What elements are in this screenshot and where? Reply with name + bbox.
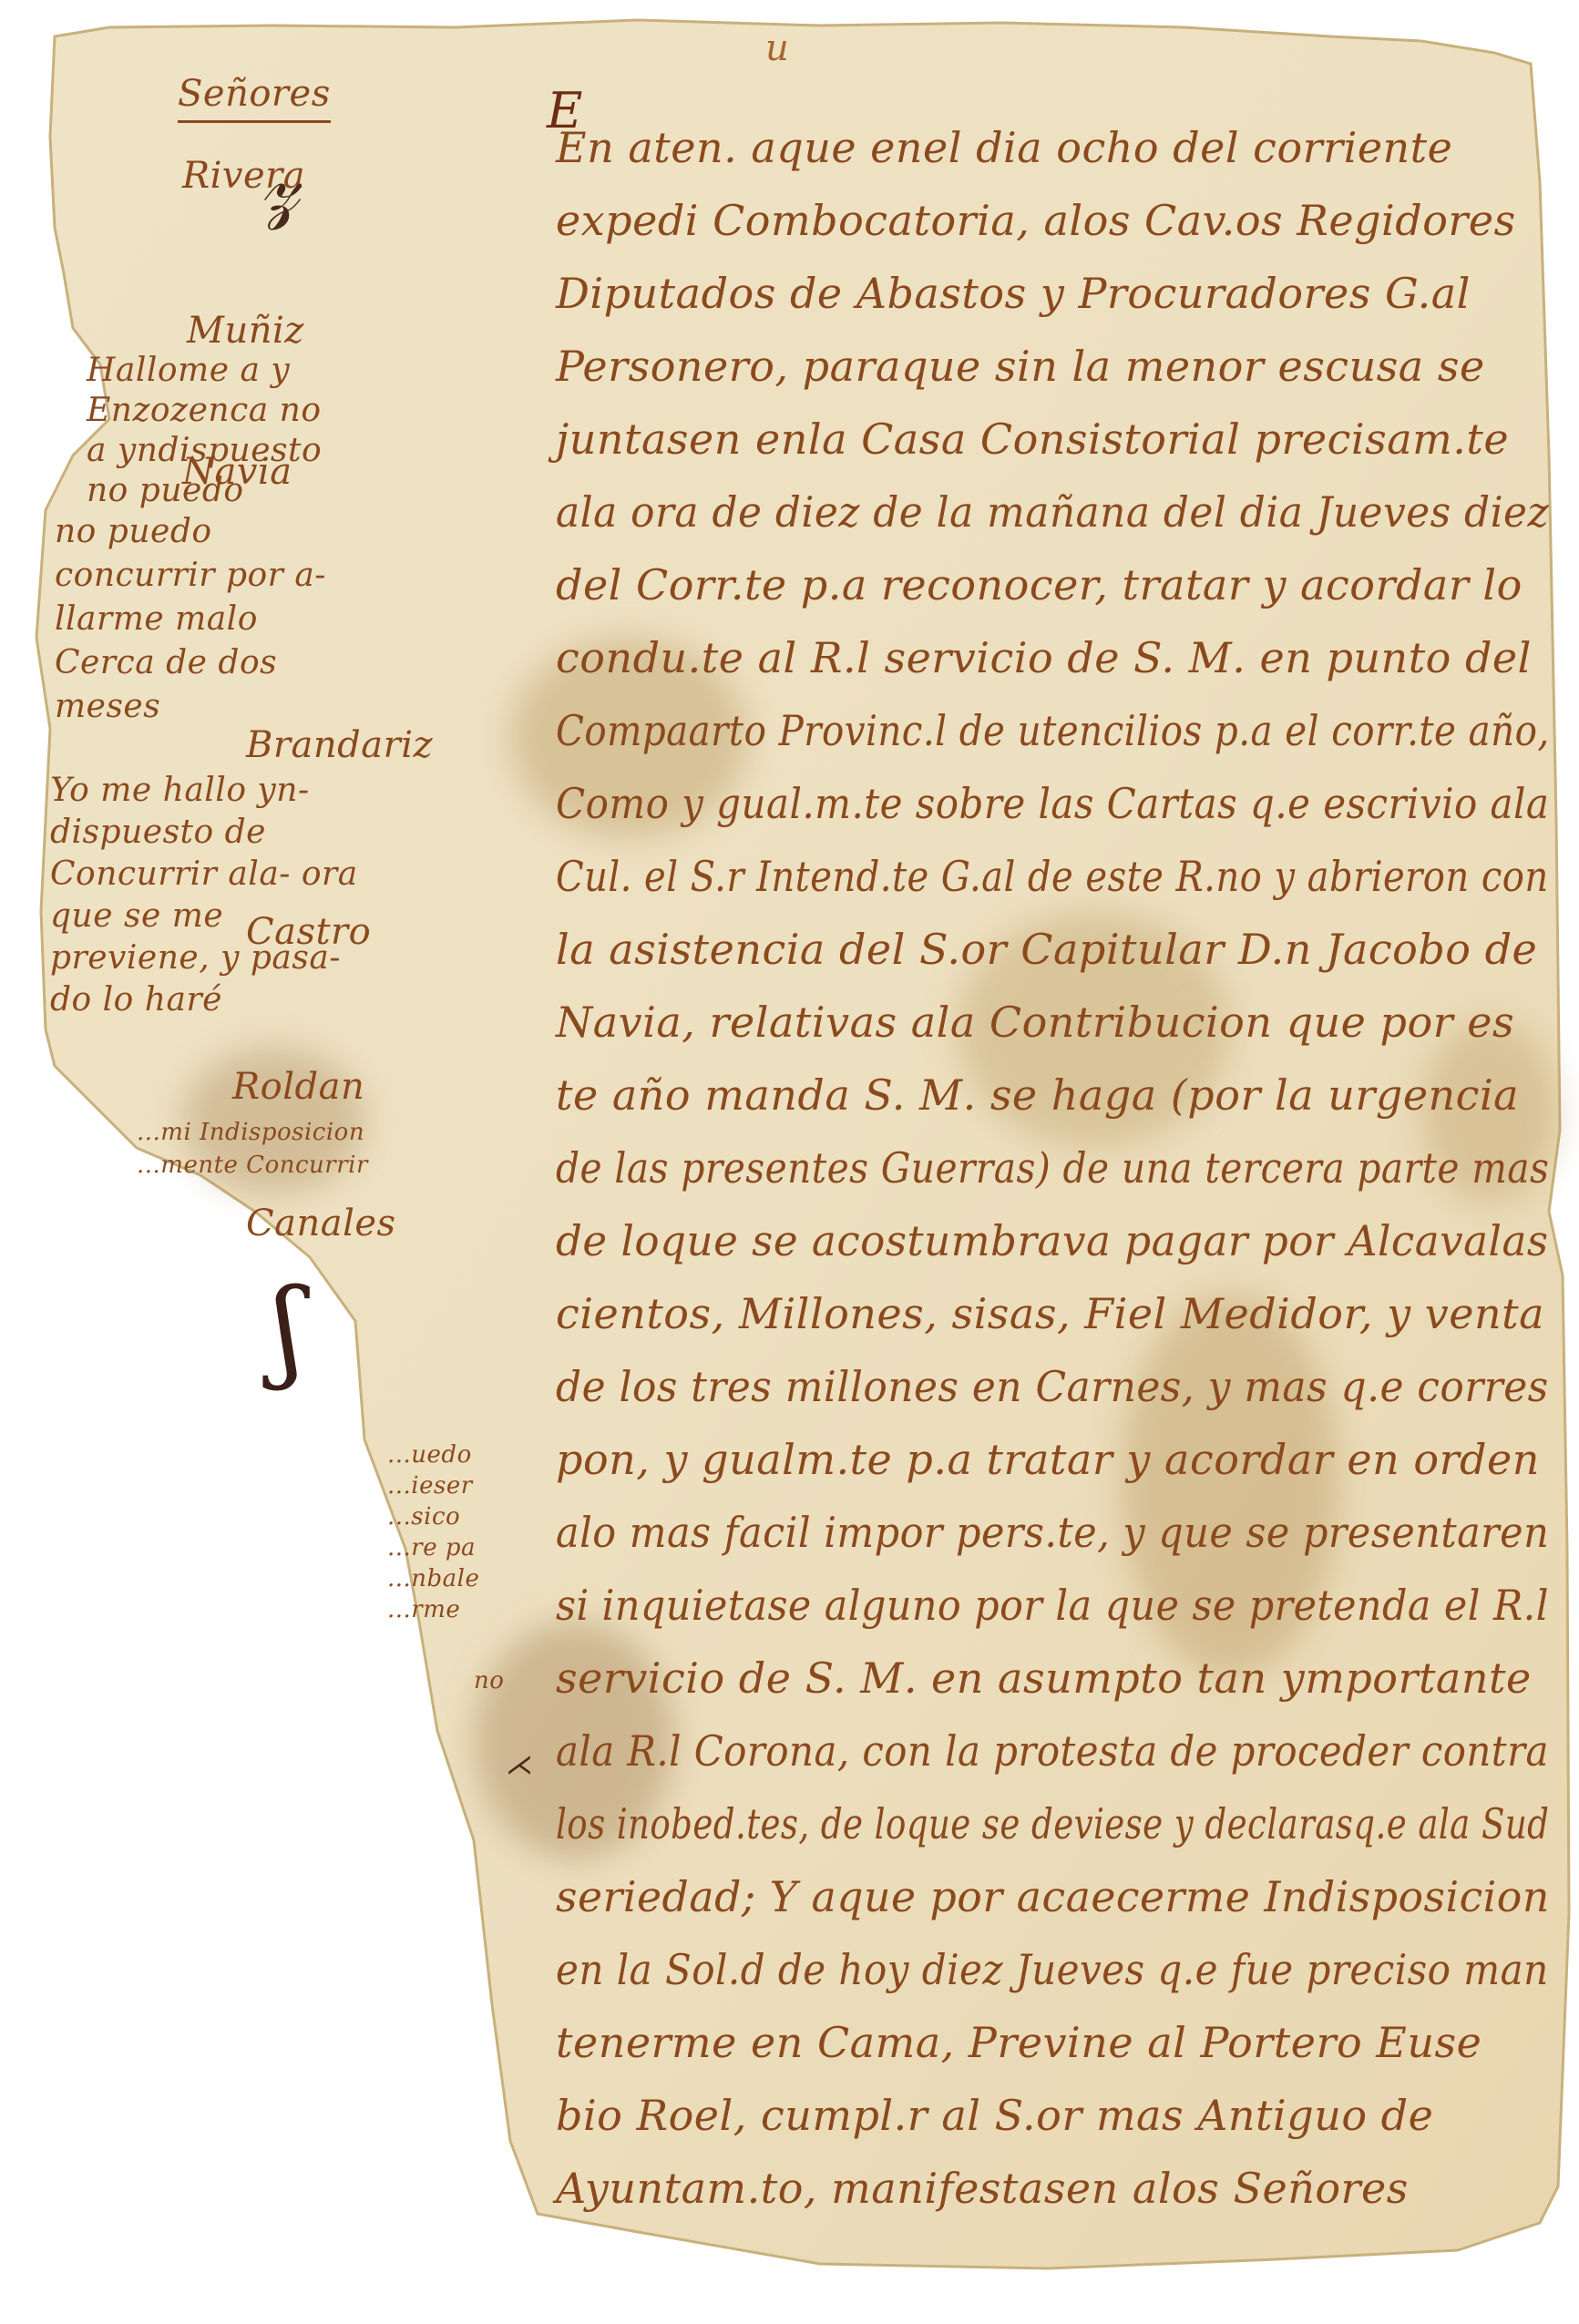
body-line: Diputados de Abastos y Procuradores G.al (556, 269, 1471, 318)
margin-name-navia: Navia (182, 451, 292, 493)
body-line: de loque se acostumbrava pagar por Alcav… (556, 1216, 1549, 1265)
body-line: Compaarto Provinc.l de utencilios p.a el… (556, 706, 1550, 755)
body-line: Como y gual.m.te sobre las Cartas q.e es… (556, 779, 1549, 828)
body-line: Navia, relativas ala Contribucion que po… (556, 998, 1514, 1047)
body-line: te año manda S. M. se haga (por la urgen… (556, 1070, 1519, 1120)
body-line: en la Sol.d de hoy diez Jueves q.e fue p… (556, 1945, 1549, 1994)
body-line: de los tres millones en Carnes, y mas q.… (556, 1362, 1549, 1411)
body-line: ala R.l Corona, con la protesta de proce… (556, 1726, 1549, 1776)
body-line: expedi Combocatoria, alos Cav.os Regidor… (556, 196, 1516, 245)
manuscript-text: u Señores Rivera 𝓏 Muñiz Hallome a y Enz… (0, 0, 1579, 2324)
body-line: bio Roel, cumpl.r al S.or mas Antiguo de (556, 2091, 1433, 2140)
margin-name-canales: Canales (246, 1203, 396, 1244)
rubric-mark-icon: 𝓏 (264, 137, 302, 233)
body-line: pon, y gualm.te p.a tratar y acordar en … (556, 1435, 1540, 1484)
margin-note-fragment: ...uedo ...ieser ...sico ...re pa ...nba… (387, 1439, 478, 1625)
body-line: En aten. aque enel dia ocho del corrient… (556, 123, 1452, 172)
margin-name-muniz: Muñiz (187, 310, 304, 352)
body-line: la asistencia del S.or Capitular D.n Jac… (556, 925, 1537, 974)
margin-name-castro: Castro (246, 911, 371, 953)
body-line: cientos, Millones, sisas, Fiel Medidor, … (556, 1289, 1544, 1338)
margin-note-no: no (474, 1667, 504, 1694)
top-annotation: u (765, 27, 789, 69)
margin-heading: Señores (178, 73, 331, 123)
body-line: del Corr.te p.a reconocer, tratar y acor… (556, 560, 1523, 609)
body-line: tenerme en Cama, Previne al Portero Euse (556, 2018, 1482, 2067)
margin-name-roldan: Roldan (232, 1066, 364, 1108)
body-line: Cul. el S.r Intend.te G.al de este R.no … (556, 852, 1549, 901)
body-line: Personero, paraque sin la menor escusa s… (556, 342, 1485, 391)
margin-note-navia: no puedo concurrir por a- llarme malo Ce… (55, 510, 346, 729)
body-line: Ayuntam.to, manifestasen alos Señores (556, 2164, 1409, 2213)
body-line: si inquietase alguno por la que se prete… (556, 1581, 1549, 1630)
signature-flourish-icon: ʃ (273, 1266, 303, 1393)
margin-note-roldan: ...mi Indisposicion ...mente Concurrir (137, 1116, 437, 1182)
margin-note-brandariz: Yo me hallo yn- dispuesto de Concurrir a… (50, 770, 360, 1021)
body-line: juntasen enla Casa Consistorial precisam… (556, 415, 1509, 464)
body-line: los inobed.tes, de loque se deviese y de… (556, 1799, 1549, 1848)
pen-mark-icon: ⋌ (506, 1749, 533, 1781)
body-line: ala ora de diez de la mañana del dia Jue… (556, 487, 1549, 537)
margin-name-brandariz: Brandariz (246, 724, 433, 766)
body-line: seriedad; Y aque por acaecerme Indisposi… (556, 1872, 1550, 1921)
body-line: de las presentes Guerras) de una tercera… (556, 1143, 1549, 1193)
body-line: alo mas facil impor pers.te, y que se pr… (556, 1508, 1549, 1557)
body-line: servicio de S. M. en asumpto tan ymporta… (556, 1653, 1532, 1703)
body-line: condu.te al R.l servicio de S. M. en pun… (556, 633, 1532, 682)
